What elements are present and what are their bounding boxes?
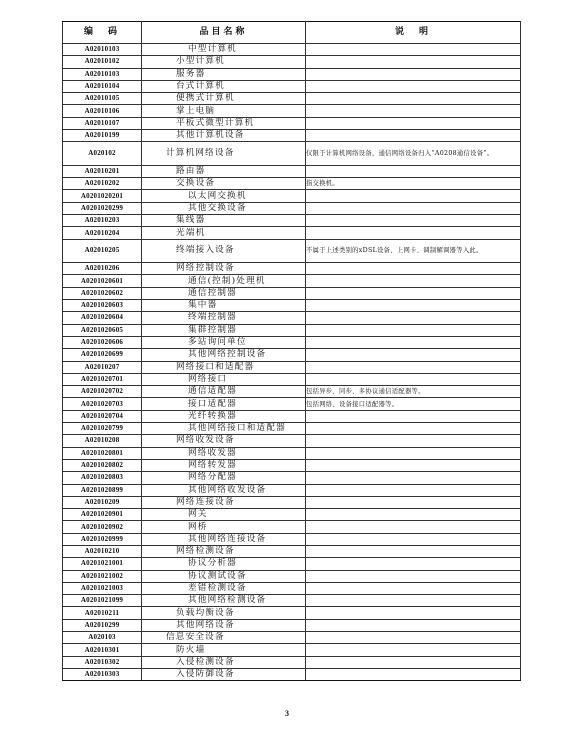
item-code: A0201020606 bbox=[63, 336, 142, 348]
table-row: A0201021099其他网络检测设备 bbox=[63, 595, 521, 607]
item-description bbox=[306, 190, 521, 202]
item-name: 信息安全设备 bbox=[142, 632, 306, 644]
item-description: 不属于上述类别的xDSL设备、上网卡、调制解调器等入此。 bbox=[306, 239, 521, 263]
item-description bbox=[306, 227, 521, 239]
item-code: A0201020602 bbox=[63, 287, 142, 299]
item-code: A02010104 bbox=[63, 80, 142, 92]
item-description bbox=[306, 509, 521, 521]
item-code: A02010106 bbox=[63, 105, 142, 117]
table-body: A02010103中型计算机A02010102小型计算机A02010103服务器… bbox=[63, 44, 521, 681]
item-code: A0201020999 bbox=[63, 533, 142, 545]
item-code: A02010201 bbox=[63, 165, 142, 177]
item-description bbox=[306, 668, 521, 680]
item-description bbox=[306, 68, 521, 80]
item-code: A0201020699 bbox=[63, 349, 142, 361]
item-name: 通信控制器 bbox=[142, 287, 306, 299]
item-code: A02010302 bbox=[63, 656, 142, 668]
table-row: A02010206网络控制设备 bbox=[63, 263, 521, 275]
item-name: 小型计算机 bbox=[142, 56, 306, 68]
table-row: A02010205终端接入设备不属于上述类别的xDSL设备、上网卡、调制解调器等… bbox=[63, 239, 521, 263]
item-code: A02010107 bbox=[63, 117, 142, 129]
item-code: A0201020803 bbox=[63, 472, 142, 484]
item-description bbox=[306, 202, 521, 214]
item-code: A02010303 bbox=[63, 668, 142, 680]
item-name: 便携式计算机 bbox=[142, 93, 306, 105]
item-code: A0201020901 bbox=[63, 509, 142, 521]
item-description bbox=[306, 656, 521, 668]
item-name: 平板式微型计算机 bbox=[142, 117, 306, 129]
table-row: A0201020899其他网络收发设备 bbox=[63, 484, 521, 496]
table-row: A02010201路由器 bbox=[63, 165, 521, 177]
item-name: 通信适配器 bbox=[142, 386, 306, 398]
table-row: A0201020602通信控制器 bbox=[63, 287, 521, 299]
item-code: A0201020604 bbox=[63, 312, 142, 324]
item-code: A0201020799 bbox=[63, 423, 142, 435]
item-description bbox=[306, 275, 521, 287]
table-row: A02010102小型计算机 bbox=[63, 56, 521, 68]
document-page: 编 码 品目名称 说 明 A02010103中型计算机A02010102小型计算… bbox=[0, 0, 574, 734]
item-name: 计算机网络设备 bbox=[142, 142, 306, 166]
item-description bbox=[306, 105, 521, 117]
item-description bbox=[306, 423, 521, 435]
table-row: A0201020901网关 bbox=[63, 509, 521, 521]
table-row: A02010207网络接口和适配器 bbox=[63, 361, 521, 373]
item-code: A02010207 bbox=[63, 361, 142, 373]
table-row: A0201020699其他网络控制设备 bbox=[63, 349, 521, 361]
item-code: A0201020299 bbox=[63, 202, 142, 214]
table-row: A0201020201以太网交换机 bbox=[63, 190, 521, 202]
item-code: A0201021001 bbox=[63, 558, 142, 570]
item-code: A0201021003 bbox=[63, 582, 142, 594]
item-name: 网络接口和适配器 bbox=[142, 361, 306, 373]
item-code: A02010211 bbox=[63, 607, 142, 619]
table-row: A0201020703接口适配器包括网络、设备接口适配器等。 bbox=[63, 398, 521, 410]
item-name: 通信(控制)处理机 bbox=[142, 275, 306, 287]
table-row: A02010105便携式计算机 bbox=[63, 93, 521, 105]
item-name: 协议测试设备 bbox=[142, 570, 306, 582]
table-row: A02010210网络检测设备 bbox=[63, 545, 521, 557]
item-description bbox=[306, 459, 521, 471]
item-name: 网络分配器 bbox=[142, 472, 306, 484]
item-description bbox=[306, 300, 521, 312]
item-description bbox=[306, 373, 521, 385]
table-row: A0201020799其他网络接口和适配器 bbox=[63, 423, 521, 435]
item-code: A0201021099 bbox=[63, 595, 142, 607]
item-code: A02010206 bbox=[63, 263, 142, 275]
item-description bbox=[306, 410, 521, 422]
page-number: 3 bbox=[0, 709, 574, 718]
table-row: A02010204光端机 bbox=[63, 227, 521, 239]
item-name: 终端控制器 bbox=[142, 312, 306, 324]
item-description bbox=[306, 521, 521, 533]
item-name: 网络控制设备 bbox=[142, 263, 306, 275]
item-name: 网桥 bbox=[142, 521, 306, 533]
catalog-table: 编 码 品目名称 说 明 A02010103中型计算机A02010102小型计算… bbox=[62, 21, 521, 681]
item-name: 其他网络设备 bbox=[142, 619, 306, 631]
table-row: A020103信息安全设备 bbox=[63, 632, 521, 644]
item-code: A02010205 bbox=[63, 239, 142, 263]
item-code: A02010210 bbox=[63, 545, 142, 557]
table-row: A02010202交换设备指交换机。 bbox=[63, 178, 521, 190]
item-description bbox=[306, 595, 521, 607]
item-code: A0201020899 bbox=[63, 484, 142, 496]
table-row: A0201020603集中器 bbox=[63, 300, 521, 312]
item-name: 其他网络控制设备 bbox=[142, 349, 306, 361]
item-description bbox=[306, 582, 521, 594]
item-code: A020103 bbox=[63, 632, 142, 644]
table-row: A0201020902网桥 bbox=[63, 521, 521, 533]
table-row: A02010302入侵检测设备 bbox=[63, 656, 521, 668]
table-row: A0201020604终端控制器 bbox=[63, 312, 521, 324]
item-name: 网络收发设备 bbox=[142, 435, 306, 447]
item-code: A02010299 bbox=[63, 619, 142, 631]
table-row: A02010103中型计算机 bbox=[63, 44, 521, 56]
item-name: 网络收发器 bbox=[142, 447, 306, 459]
header-description: 说 明 bbox=[306, 22, 521, 44]
header-code: 编 码 bbox=[63, 22, 142, 44]
table-row: A0201021002协议测试设备 bbox=[63, 570, 521, 582]
item-name: 差错检测设备 bbox=[142, 582, 306, 594]
item-description bbox=[306, 336, 521, 348]
item-name: 多站询问单位 bbox=[142, 336, 306, 348]
item-description bbox=[306, 496, 521, 508]
table-row: A02010301防火墙 bbox=[63, 644, 521, 656]
item-name: 台式计算机 bbox=[142, 80, 306, 92]
item-code: A020102 bbox=[63, 142, 142, 166]
item-description bbox=[306, 312, 521, 324]
table-row: A02010209网络连接设备 bbox=[63, 496, 521, 508]
item-code: A02010103 bbox=[63, 44, 142, 56]
item-code: A02010202 bbox=[63, 178, 142, 190]
table-row: A0201020999其他网络连接设备 bbox=[63, 533, 521, 545]
item-description bbox=[306, 644, 521, 656]
item-description bbox=[306, 570, 521, 582]
item-description bbox=[306, 361, 521, 373]
item-code: A02010204 bbox=[63, 227, 142, 239]
item-description bbox=[306, 56, 521, 68]
item-code: A02010103 bbox=[63, 68, 142, 80]
item-description bbox=[306, 558, 521, 570]
item-name: 服务器 bbox=[142, 68, 306, 80]
item-code: A0201020802 bbox=[63, 459, 142, 471]
item-code: A0201020201 bbox=[63, 190, 142, 202]
item-name: 光端机 bbox=[142, 227, 306, 239]
table-row: A0201020605集群控制器 bbox=[63, 324, 521, 336]
item-code: A0201020801 bbox=[63, 447, 142, 459]
item-description bbox=[306, 484, 521, 496]
item-name: 网络检测设备 bbox=[142, 545, 306, 557]
item-code: A02010301 bbox=[63, 644, 142, 656]
item-code: A0201020601 bbox=[63, 275, 142, 287]
item-name: 以太网交换机 bbox=[142, 190, 306, 202]
table-row: A0201020299其他交换设备 bbox=[63, 202, 521, 214]
item-name: 入侵防御设备 bbox=[142, 668, 306, 680]
item-description bbox=[306, 215, 521, 227]
table-row: A0201020802网络转发器 bbox=[63, 459, 521, 471]
table-row: A02010203集线器 bbox=[63, 215, 521, 227]
item-code: A02010209 bbox=[63, 496, 142, 508]
item-code: A0201020703 bbox=[63, 398, 142, 410]
item-name: 协议分析器 bbox=[142, 558, 306, 570]
table-row: A0201020702通信适配器包括异步、同步、多协议通信适配器等。 bbox=[63, 386, 521, 398]
table-row: A02010303入侵防御设备 bbox=[63, 668, 521, 680]
header-item-name: 品目名称 bbox=[142, 22, 306, 44]
item-code: A0201021002 bbox=[63, 570, 142, 582]
item-name: 其他网络接口和适配器 bbox=[142, 423, 306, 435]
item-name: 负载均衡设备 bbox=[142, 607, 306, 619]
item-description bbox=[306, 165, 521, 177]
item-name: 入侵检测设备 bbox=[142, 656, 306, 668]
table-row: A0201020704光纤转换器 bbox=[63, 410, 521, 422]
item-description bbox=[306, 435, 521, 447]
item-description bbox=[306, 324, 521, 336]
item-code: A0201020702 bbox=[63, 386, 142, 398]
item-description bbox=[306, 117, 521, 129]
table-row: A0201021001协议分析器 bbox=[63, 558, 521, 570]
item-name: 网络转发器 bbox=[142, 459, 306, 471]
item-description: 指交换机。 bbox=[306, 178, 521, 190]
item-name: 终端接入设备 bbox=[142, 239, 306, 263]
item-name: 光纤转换器 bbox=[142, 410, 306, 422]
table-row: A0201020701网络接口 bbox=[63, 373, 521, 385]
table-row: A0201020801网络收发器 bbox=[63, 447, 521, 459]
item-code: A02010199 bbox=[63, 130, 142, 142]
item-description bbox=[306, 80, 521, 92]
item-name: 其他交换设备 bbox=[142, 202, 306, 214]
item-code: A0201020902 bbox=[63, 521, 142, 533]
item-code: A02010208 bbox=[63, 435, 142, 447]
item-name: 集线器 bbox=[142, 215, 306, 227]
item-description bbox=[306, 263, 521, 275]
table-row: A02010299其他网络设备 bbox=[63, 619, 521, 631]
table-row: A020102计算机网络设备仅限于计算机网络设备，通信网络设备归入“A0208通… bbox=[63, 142, 521, 166]
item-description bbox=[306, 447, 521, 459]
item-description: 包括异步、同步、多协议通信适配器等。 bbox=[306, 386, 521, 398]
table-row: A02010211负载均衡设备 bbox=[63, 607, 521, 619]
item-code: A0201020603 bbox=[63, 300, 142, 312]
item-description bbox=[306, 287, 521, 299]
table-row: A0201020601通信(控制)处理机 bbox=[63, 275, 521, 287]
table-row: A0201021003差错检测设备 bbox=[63, 582, 521, 594]
table-row: A02010106掌上电脑 bbox=[63, 105, 521, 117]
item-code: A0201020704 bbox=[63, 410, 142, 422]
table-row: A02010107平板式微型计算机 bbox=[63, 117, 521, 129]
item-code: A02010105 bbox=[63, 93, 142, 105]
item-name: 掌上电脑 bbox=[142, 105, 306, 117]
item-description: 仅限于计算机网络设备，通信网络设备归入“A0208通信设备”。 bbox=[306, 142, 521, 166]
item-code: A0201020605 bbox=[63, 324, 142, 336]
item-description bbox=[306, 545, 521, 557]
table-row: A02010103服务器 bbox=[63, 68, 521, 80]
item-description: 包括网络、设备接口适配器等。 bbox=[306, 398, 521, 410]
item-name: 网关 bbox=[142, 509, 306, 521]
item-code: A02010102 bbox=[63, 56, 142, 68]
table-row: A0201020803网络分配器 bbox=[63, 472, 521, 484]
table-row: A0201020606多站询问单位 bbox=[63, 336, 521, 348]
item-name: 其他计算机设备 bbox=[142, 130, 306, 142]
item-name: 其他网络检测设备 bbox=[142, 595, 306, 607]
item-name: 网络连接设备 bbox=[142, 496, 306, 508]
table-row: A02010199其他计算机设备 bbox=[63, 130, 521, 142]
item-description bbox=[306, 44, 521, 56]
item-name: 中型计算机 bbox=[142, 44, 306, 56]
item-description bbox=[306, 533, 521, 545]
item-name: 防火墙 bbox=[142, 644, 306, 656]
item-description bbox=[306, 349, 521, 361]
item-description bbox=[306, 93, 521, 105]
item-name: 其他网络连接设备 bbox=[142, 533, 306, 545]
item-name: 网络接口 bbox=[142, 373, 306, 385]
item-description bbox=[306, 619, 521, 631]
item-description bbox=[306, 130, 521, 142]
table-row: A02010104台式计算机 bbox=[63, 80, 521, 92]
item-name: 其他网络收发设备 bbox=[142, 484, 306, 496]
table-row: A02010208网络收发设备 bbox=[63, 435, 521, 447]
item-name: 交换设备 bbox=[142, 178, 306, 190]
item-name: 路由器 bbox=[142, 165, 306, 177]
item-name: 集群控制器 bbox=[142, 324, 306, 336]
item-code: A0201020701 bbox=[63, 373, 142, 385]
item-description bbox=[306, 632, 521, 644]
table-header-row: 编 码 品目名称 说 明 bbox=[63, 22, 521, 44]
item-description bbox=[306, 472, 521, 484]
item-name: 集中器 bbox=[142, 300, 306, 312]
item-code: A02010203 bbox=[63, 215, 142, 227]
item-description bbox=[306, 607, 521, 619]
item-name: 接口适配器 bbox=[142, 398, 306, 410]
